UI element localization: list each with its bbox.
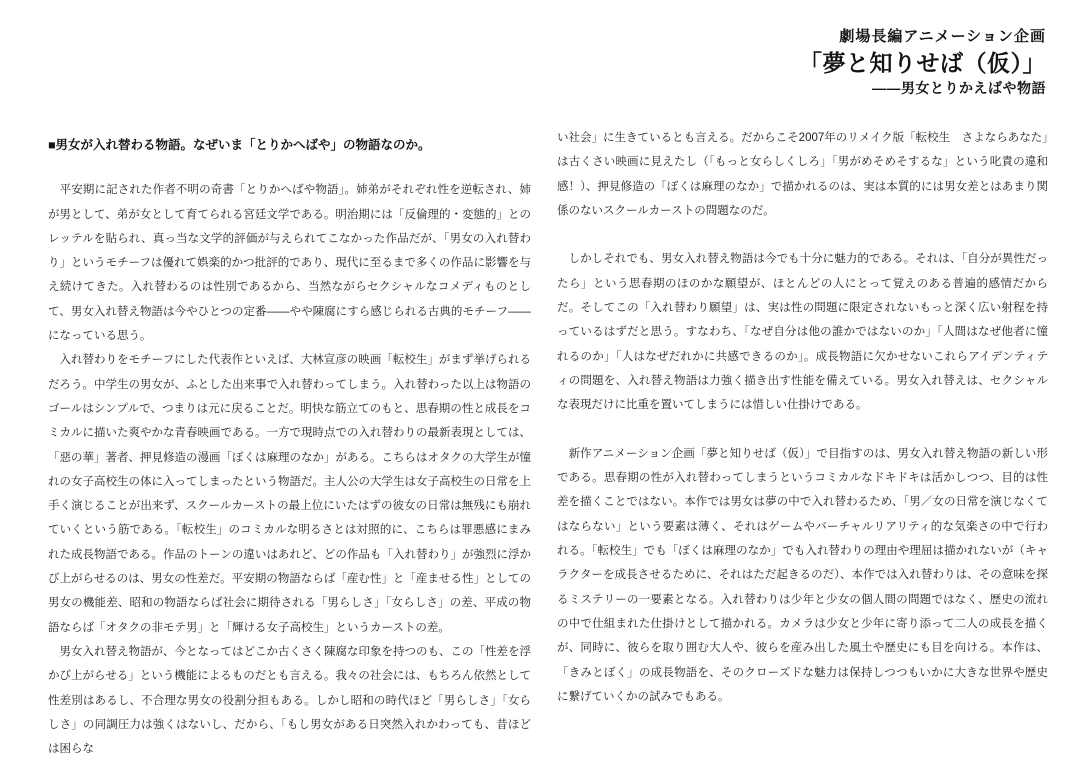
project-title-block: 劇場長編アニメーション企画 「夢と知りせば（仮）」 ――男女とりかえばや物語	[799, 28, 1046, 97]
left-paragraph-2: 入れ替わりをモチーフにした代表作といえば、大林宣彦の映画「転校生」がまず挙げられ…	[48, 348, 531, 640]
right-paragraph-1: い社会」に生きているとも言える。だからこそ2007年のリメイク版「転校生 さよな…	[557, 126, 1048, 223]
left-paragraph-3: 男女入れ替え物語が、今となってはどこか古くさく陳腐な印象を持つのも、この「性差を…	[48, 640, 531, 761]
left-paragraph-1: 平安期に記された作者不明の奇書「とりかへばや物語」。姉弟がそれぞれ性を逆転され、…	[48, 178, 531, 348]
section-heading: ■男女が入れ替わる物語。なぜいま「とりかへばや」の物語なのか。	[48, 133, 531, 157]
title-main: 「夢と知りせば（仮）」	[799, 49, 1046, 78]
document-page: 劇場長編アニメーション企画 「夢と知りせば（仮）」 ――男女とりかえばや物語 ■…	[0, 0, 1080, 764]
title-category: 劇場長編アニメーション企画	[799, 28, 1046, 47]
title-subtitle: ――男女とりかえばや物語	[799, 79, 1046, 97]
right-paragraph-3: 新作アニメーション企画「夢と知りせば（仮）」で目指すのは、男女入れ替え物語の新し…	[557, 442, 1048, 709]
right-paragraph-2: しかしそれでも、男女入れ替え物語は今でも十分に魅力的である。それは、「自分が異性…	[557, 247, 1048, 417]
right-column: い社会」に生きているとも言える。だからこそ2007年のリメイク版「転校生 さよな…	[557, 126, 1048, 709]
left-column: ■男女が入れ替わる物語。なぜいま「とりかへばや」の物語なのか。 平安期に記された…	[48, 133, 531, 761]
